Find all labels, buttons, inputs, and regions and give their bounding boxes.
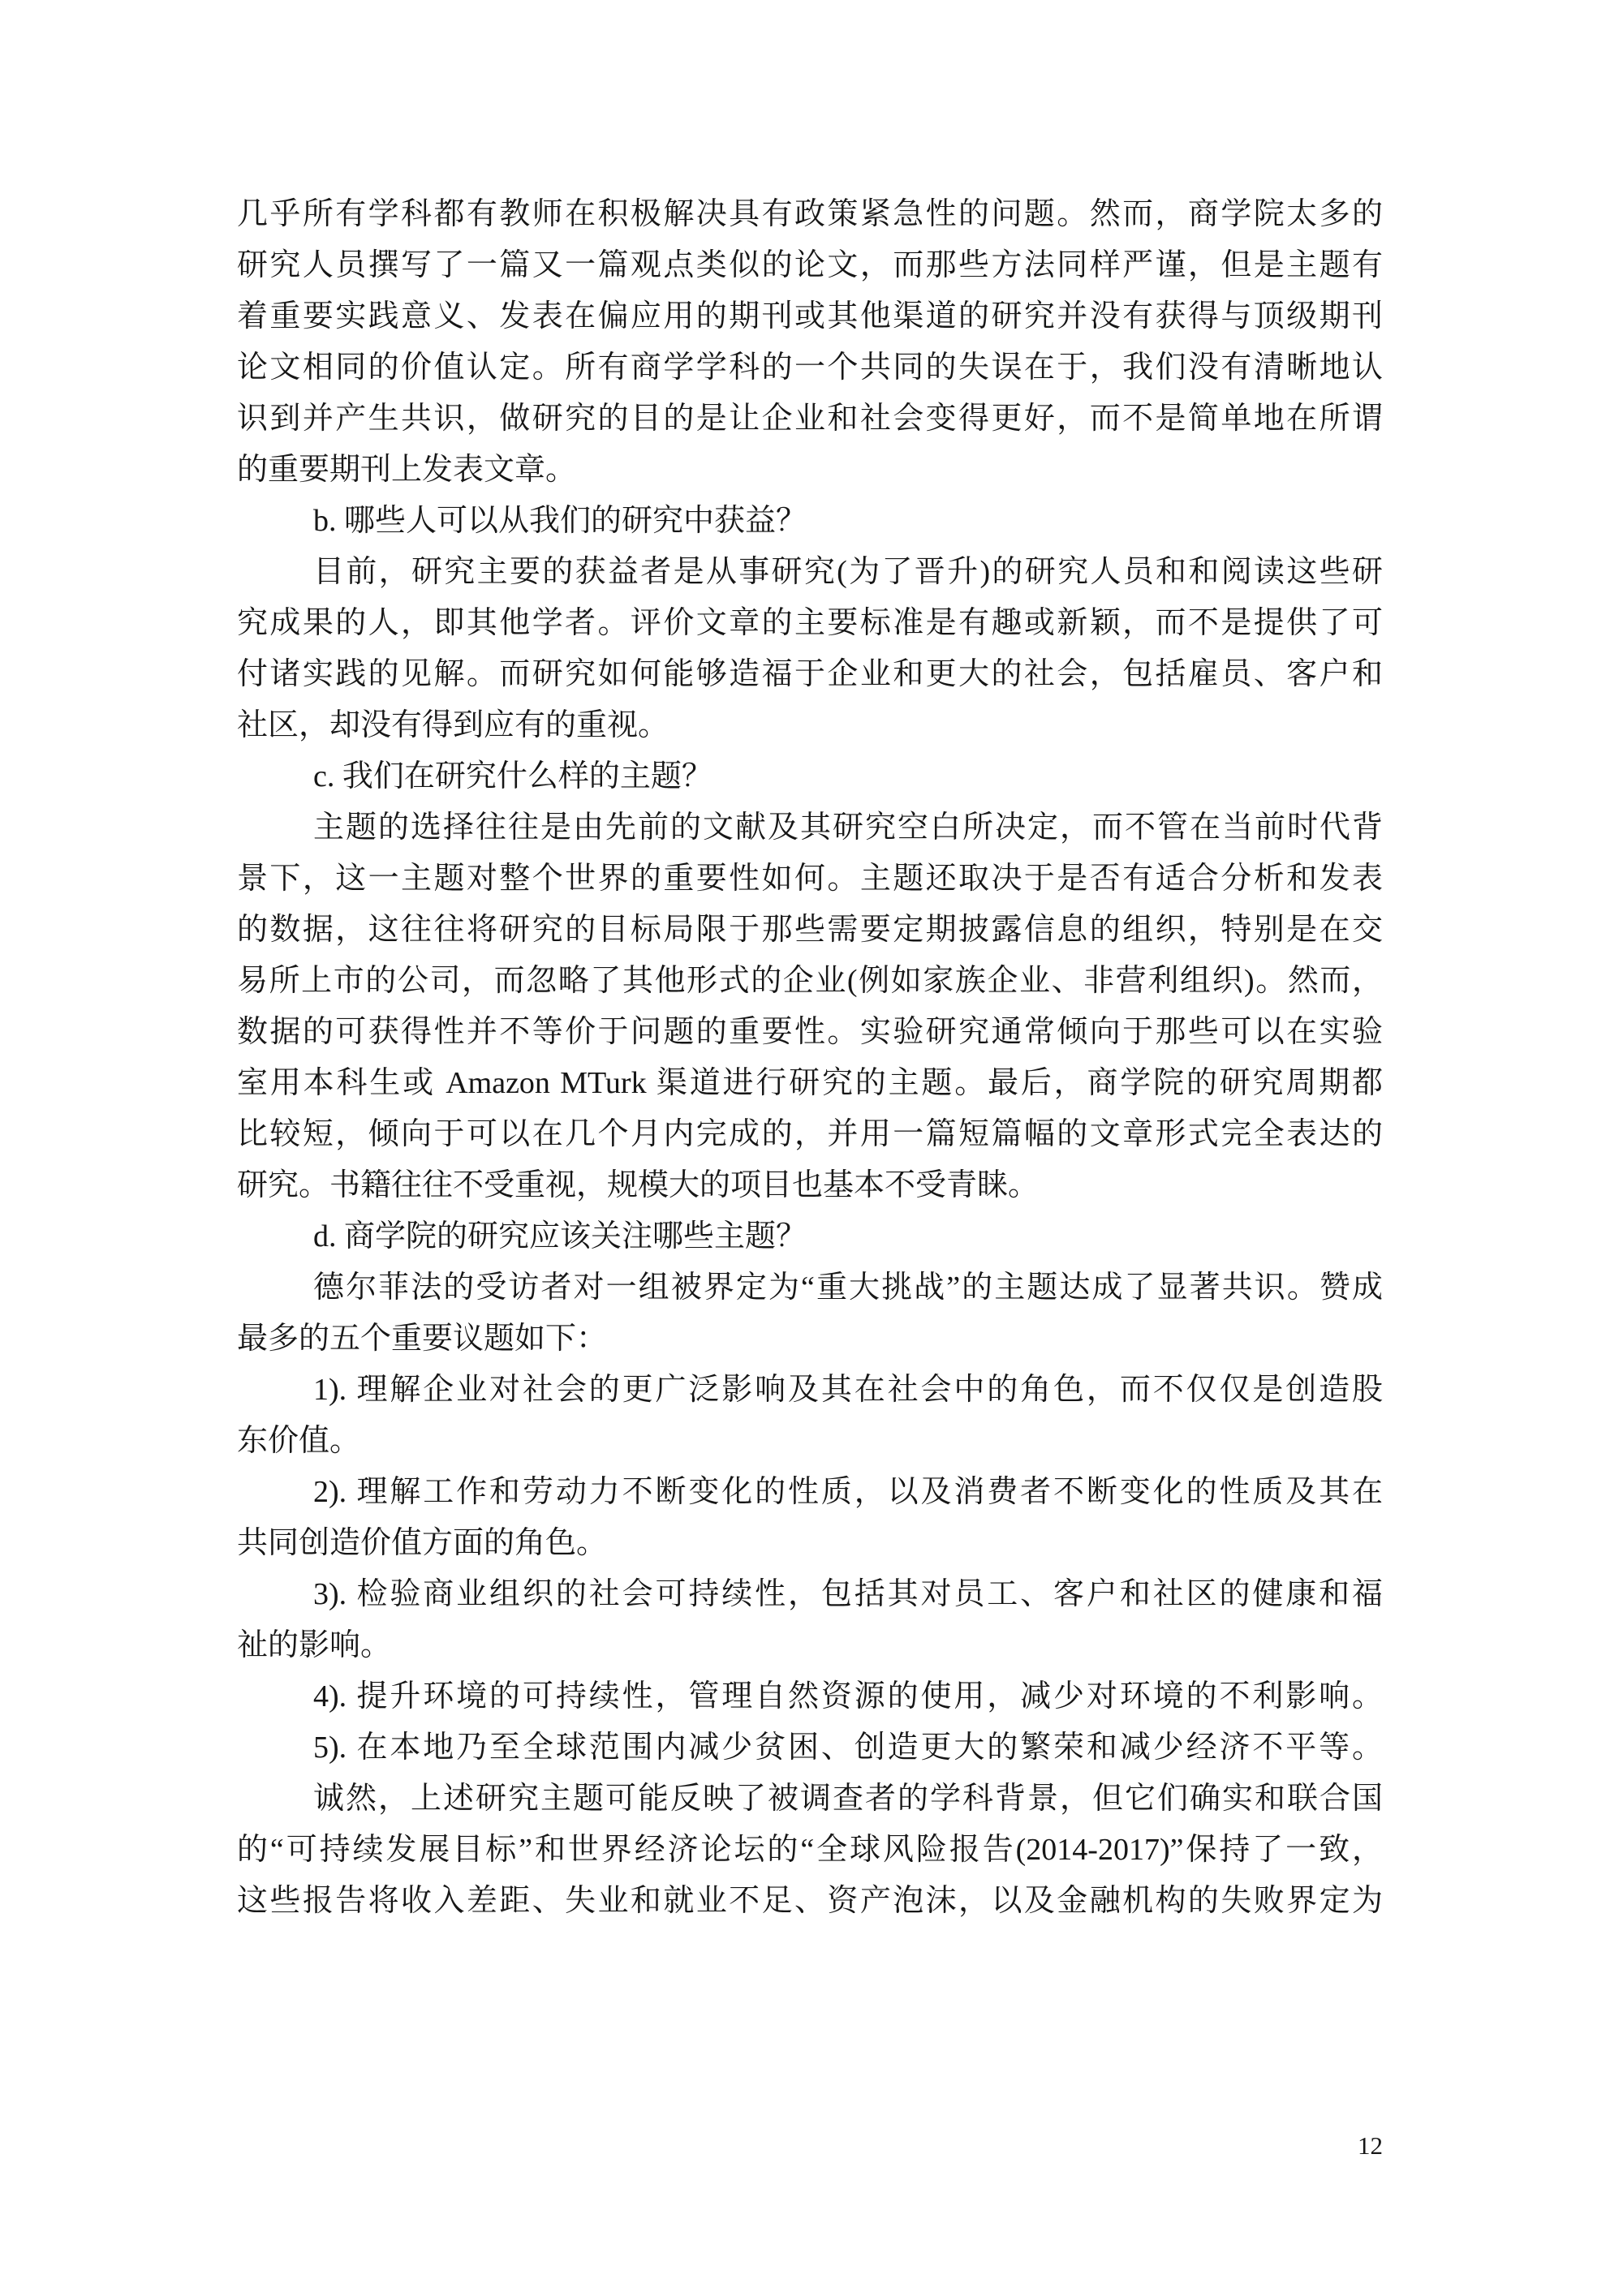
text-line: 1). 理解企业对社会的更广泛影响及其在社会中的角色，而不仅仅是创造股	[237, 1365, 1383, 1416]
text-line: 研究人员撰写了一篇又一篇观点类似的论文，而那些方法同样严谨，但是主题有	[237, 240, 1383, 291]
text-line: 室用本科生或 Amazon MTurk 渠道进行研究的主题。最后，商学院的研究周…	[237, 1058, 1383, 1109]
text-line: 付诸实践的见解。而研究如何能够造福于企业和更大的社会，包括雇员、客户和	[237, 649, 1383, 700]
text-line: 主题的选择往往是由先前的文献及其研究空白所决定，而不管在当前时代背	[237, 802, 1383, 853]
text-line: 研究。书籍往往不受重视，规模大的项目也基本不受青睐。	[237, 1160, 1383, 1211]
text-line: 的重要期刊上发表文章。	[237, 445, 1383, 496]
text-line: 社区，却没有得到应有的重视。	[237, 700, 1383, 751]
text-line: 德尔菲法的受访者对一组被界定为“重大挑战”的主题达成了显著共识。赞成	[237, 1262, 1383, 1314]
text-line: 论文相同的价值认定。所有商学学科的一个共同的失误在于，我们没有清晰地认	[237, 342, 1383, 393]
text-line: 的数据，这往往将研究的目标局限于那些需要定期披露信息的组织，特别是在交	[237, 905, 1383, 956]
text-line: b. 哪些人可以从我们的研究中获益？	[237, 496, 1383, 547]
text-line: 比较短，倾向于可以在几个月内完成的，并用一篇短篇幅的文章形式完全表达的	[237, 1109, 1383, 1160]
text-line: 数据的可获得性并不等价于问题的重要性。实验研究通常倾向于那些可以在实验	[237, 1007, 1383, 1058]
text-line: 目前，研究主要的获益者是从事研究(为了晋升)的研究人员和和阅读这些研	[237, 547, 1383, 598]
text-line: 几乎所有学科都有教师在积极解决具有政策紧急性的问题。然而，商学院太多的	[237, 189, 1383, 240]
text-line: 识到并产生共识，做研究的目的是让企业和社会变得更好，而不是简单地在所谓	[237, 393, 1383, 445]
document-page: 几乎所有学科都有教师在积极解决具有政策紧急性的问题。然而，商学院太多的研究人员撰…	[0, 0, 1623, 2296]
text-line: 最多的五个重要议题如下：	[237, 1314, 1383, 1365]
text-line: 2). 理解工作和劳动力不断变化的性质，以及消费者不断变化的性质及其在	[237, 1467, 1383, 1518]
text-line: 东价值。	[237, 1416, 1383, 1467]
text-line: 5). 在本地乃至全球范围内减少贫困、创造更大的繁荣和减少经济不平等。	[237, 1722, 1383, 1774]
text-line: 究成果的人，即其他学者。评价文章的主要标准是有趣或新颖，而不是提供了可	[237, 598, 1383, 649]
text-line: 诚然，上述研究主题可能反映了被调查者的学科背景，但它们确实和联合国	[237, 1774, 1383, 1825]
text-line: 这些报告将收入差距、失业和就业不足、资产泡沫，以及金融机构的失败界定为	[237, 1876, 1383, 1927]
text-line: 着重要实践意义、发表在偏应用的期刊或其他渠道的研究并没有获得与顶级期刊	[237, 291, 1383, 342]
text-line: 易所上市的公司，而忽略了其他形式的企业(例如家族企业、非营利组织)。然而，	[237, 956, 1383, 1007]
text-line: 的“可持续发展目标”和世界经济论坛的“全球风险报告(2014-2017)”保持了…	[237, 1825, 1383, 1876]
text-line: 4). 提升环境的可持续性，管理自然资源的使用，减少对环境的不利影响。	[237, 1671, 1383, 1722]
text-line: 共同创造价值方面的角色。	[237, 1518, 1383, 1569]
text-line: c. 我们在研究什么样的主题？	[237, 751, 1383, 802]
text-line: 祉的影响。	[237, 1620, 1383, 1671]
text-line: d. 商学院的研究应该关注哪些主题？	[237, 1211, 1383, 1262]
body-text: 几乎所有学科都有教师在积极解决具有政策紧急性的问题。然而，商学院太多的研究人员撰…	[237, 189, 1383, 1927]
text-line: 景下，这一主题对整个世界的重要性如何。主题还取决于是否有适合分析和发表	[237, 853, 1383, 905]
text-line: 3). 检验商业组织的社会可持续性，包括其对员工、客户和社区的健康和福	[237, 1569, 1383, 1620]
page-number: 12	[237, 2131, 1383, 2161]
